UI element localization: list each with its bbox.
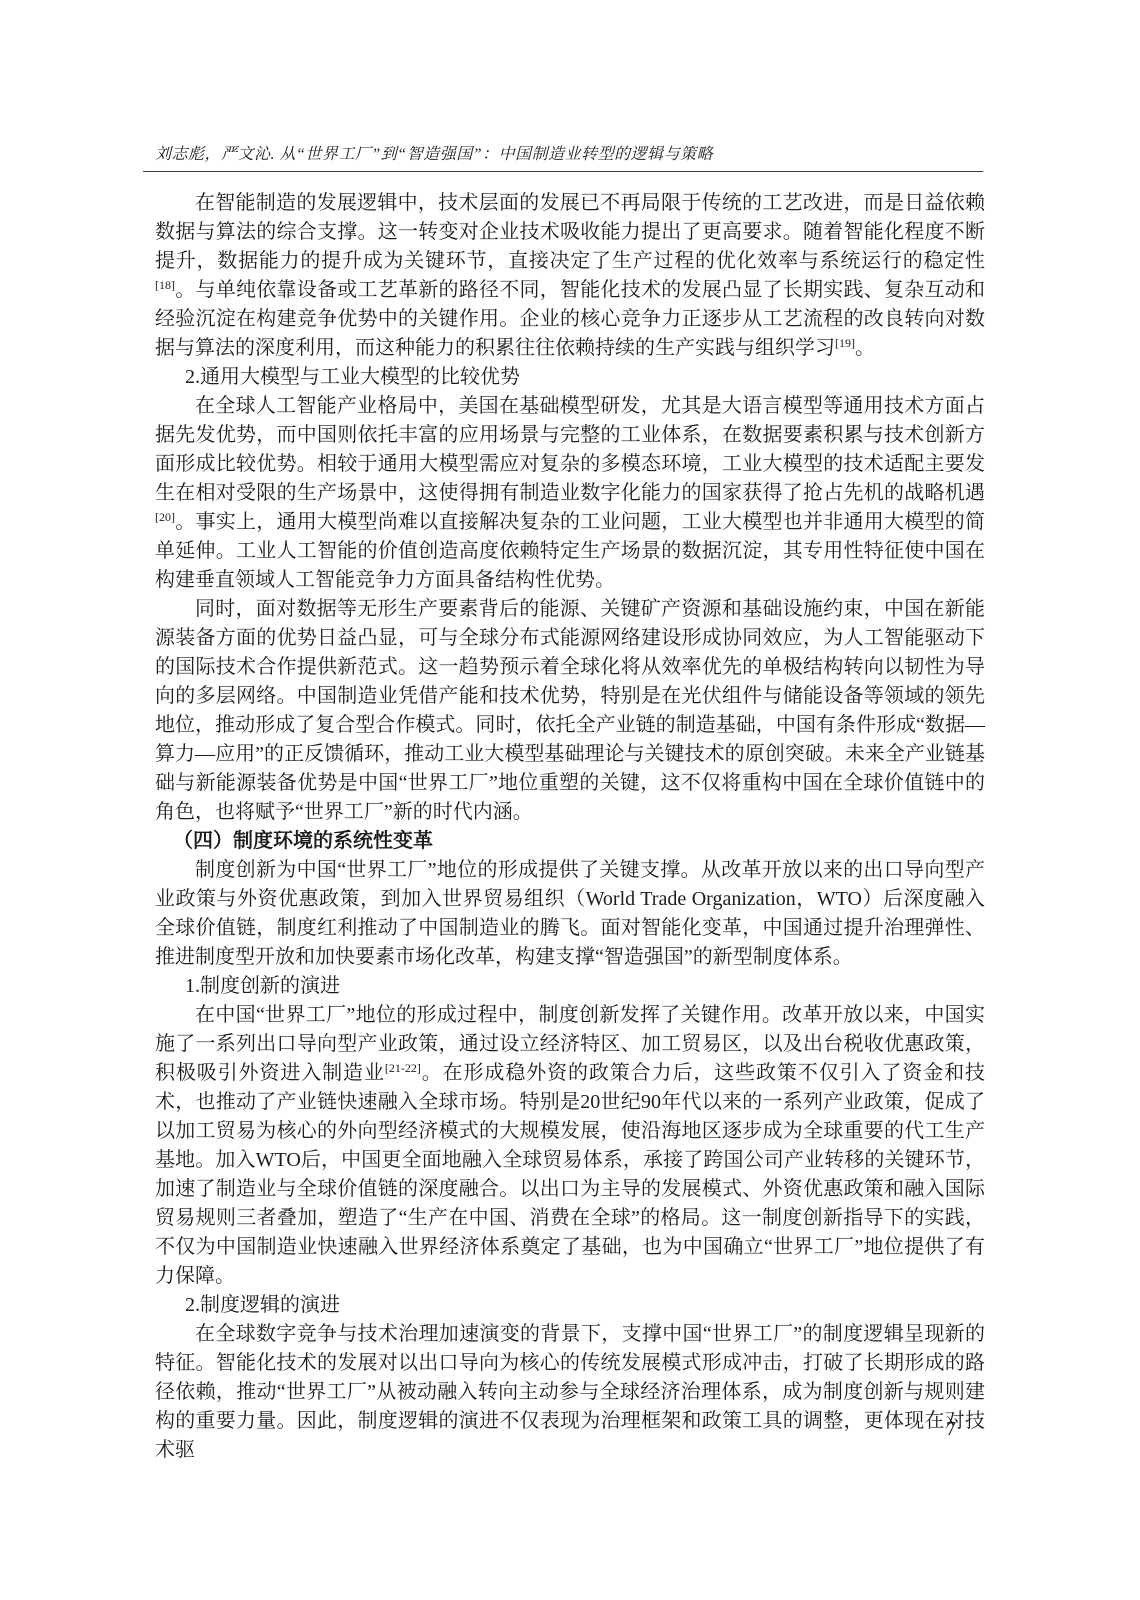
paragraph-digital-competition: 在全球数字竞争与技术治理加速演变的背景下，支撑中国“世界工厂”的制度逻辑呈现新的… xyxy=(155,1320,985,1465)
citation-ref-19: [19] xyxy=(835,336,855,350)
citation-ref-20: [20] xyxy=(155,510,175,524)
header-rule xyxy=(143,171,983,172)
paragraph-text: 。 xyxy=(855,337,875,359)
paragraph-policy-evolution: 在中国“世界工厂”地位的形成过程中，制度创新发挥了关键作用。改革开放以来，中国实… xyxy=(155,1001,985,1291)
paragraph-institutional-support: 制度创新为中国“世界工厂”地位的形成提供了关键支撑。从改革开放以来的出口导向型产… xyxy=(155,856,985,972)
citation-ref-21-22: [21-22] xyxy=(385,1061,421,1075)
paragraph-text: 在智能制造的发展逻辑中，技术层面的发展已不再局限于传统的工艺改进，而是日益依赖数… xyxy=(155,192,985,272)
subheading-model-comparison: 2.通用大模型与工业大模型的比较优势 xyxy=(155,363,985,392)
paragraph-smart-manufacturing: 在智能制造的发展逻辑中，技术层面的发展已不再局限于传统的工艺改进，而是日益依赖数… xyxy=(155,189,985,363)
paragraph-text: 在全球人工智能产业格局中，美国在基础模型研发，尤其是大语言模型等通用技术方面占据… xyxy=(155,395,985,504)
section-heading-institutional-reform: （四）制度环境的系统性变革 xyxy=(155,827,985,856)
article-body: 在智能制造的发展逻辑中，技术层面的发展已不再局限于传统的工艺改进，而是日益依赖数… xyxy=(155,189,985,1465)
paragraph-new-energy: 同时，面对数据等无形生产要素背后的能源、关键矿产资源和基础设施约束，中国在新能源… xyxy=(155,595,985,827)
running-header: 刘志彪，严文沁. 从“世界工厂”到“智造强国”：中国制造业转型的逻辑与策略 xyxy=(155,141,985,164)
subheading-institutional-logic: 2.制度逻辑的演进 xyxy=(155,1291,985,1320)
paragraph-ai-landscape: 在全球人工智能产业格局中，美国在基础模型研发，尤其是大语言模型等通用技术方面占据… xyxy=(155,392,985,595)
paragraph-text: 。事实上，通用大模型尚难以直接解决复杂的工业问题，工业大模型也并非通用大模型的简… xyxy=(155,511,985,591)
document-page: 刘志彪，严文沁. 从“世界工厂”到“智造强国”：中国制造业转型的逻辑与策略 在智… xyxy=(0,0,1140,1600)
subheading-institutional-innovation: 1.制度创新的演进 xyxy=(155,972,985,1001)
paragraph-text: 。在形成稳外资的政策合力后，这些政策不仅引入了资金和技术，也推动了产业链快速融入… xyxy=(155,1062,985,1287)
citation-ref-18: [18] xyxy=(155,278,175,292)
page-number: 7 xyxy=(946,1418,956,1441)
